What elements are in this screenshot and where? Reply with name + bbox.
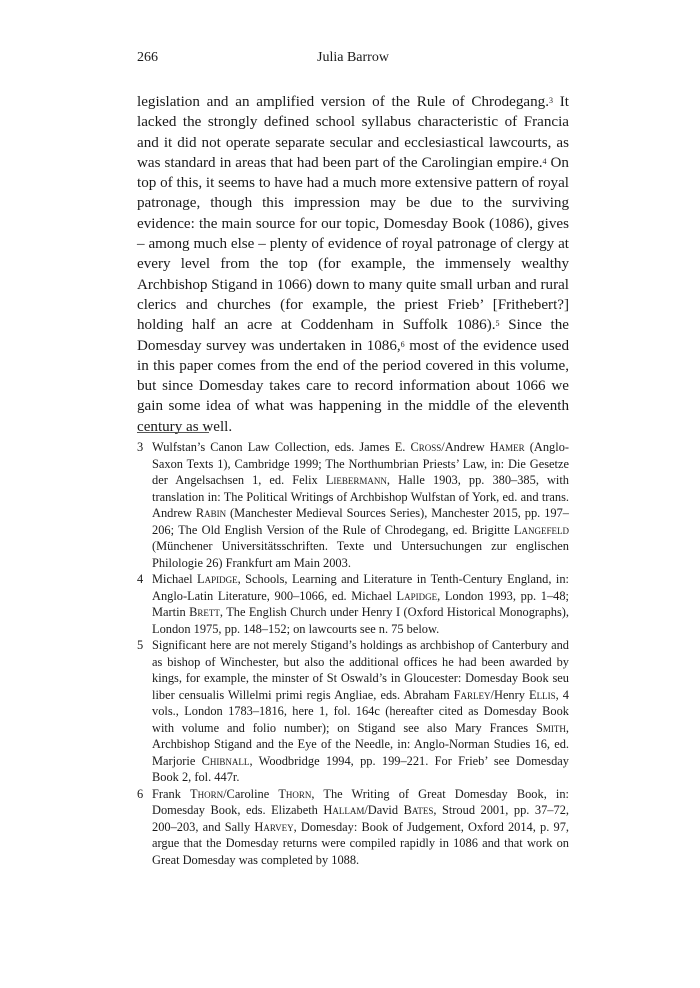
text-run: /Henry <box>491 688 529 702</box>
author-surname: Chibnall <box>202 754 250 768</box>
footnote-separator-rule <box>137 432 209 433</box>
page-header: 266 Julia Barrow <box>137 50 569 70</box>
author-surname: Rabin <box>196 506 226 520</box>
text-run: On top of this, it seems to have had a m… <box>137 155 569 333</box>
footnote-ref-4[interactable]: 4 <box>543 157 547 166</box>
text-run: Wulfstan’s Canon Law Collection, eds. Ja… <box>152 440 411 454</box>
author-surname: Lapidge <box>397 589 438 603</box>
author-surname: Liebermann <box>326 473 387 487</box>
author-surname: Ellis <box>529 688 556 702</box>
author-surname: Thorn <box>278 787 311 801</box>
footnote-number: 6 <box>137 786 143 803</box>
main-body-text: legislation and an amplified version of … <box>137 92 569 437</box>
footnote-3: 3Wulfstan’s Canon Law Collection, eds. J… <box>137 439 569 571</box>
author-surname: Hamer <box>490 440 525 454</box>
author-surname: Farley <box>454 688 491 702</box>
author-surname: Lapidge <box>197 572 238 586</box>
text-run: /David <box>364 803 403 817</box>
footnote-5: 5Significant here are not merely Stigand… <box>137 637 569 786</box>
footnote-number: 4 <box>137 571 143 588</box>
author-surname: Brett <box>189 605 220 619</box>
author-surname: Bates <box>404 803 434 817</box>
footnote-ref-6[interactable]: 6 <box>401 340 405 349</box>
footnote-6: 6Frank Thorn/Caroline Thorn, The Writing… <box>137 786 569 869</box>
running-head-author: Julia Barrow <box>137 50 569 66</box>
text-run: Frank <box>152 787 190 801</box>
text-run: Michael <box>152 572 197 586</box>
text-run: legislation and an amplified version of … <box>137 94 549 110</box>
author-surname: Harvey <box>254 820 293 834</box>
footnotes-section: 3Wulfstan’s Canon Law Collection, eds. J… <box>137 439 569 868</box>
author-surname: Thorn <box>190 787 223 801</box>
footnote-4: 4Michael Lapidge, Schools, Learning and … <box>137 571 569 637</box>
footnote-ref-5[interactable]: 5 <box>496 319 500 328</box>
author-surname: Cross <box>411 440 442 454</box>
footnote-ref-3[interactable]: 3 <box>549 96 553 105</box>
author-surname: Hallam <box>323 803 364 817</box>
footnote-number: 5 <box>137 637 143 654</box>
author-surname: Smith <box>536 721 566 735</box>
body-paragraph: legislation and an amplified version of … <box>137 92 569 437</box>
text-run: /Andrew <box>441 440 489 454</box>
author-surname: Langefeld <box>514 523 569 537</box>
text-run: (Münchener Universitätsschriften. Texte … <box>152 539 569 570</box>
footnote-number: 3 <box>137 439 143 456</box>
text-run: /Caroline <box>223 787 278 801</box>
